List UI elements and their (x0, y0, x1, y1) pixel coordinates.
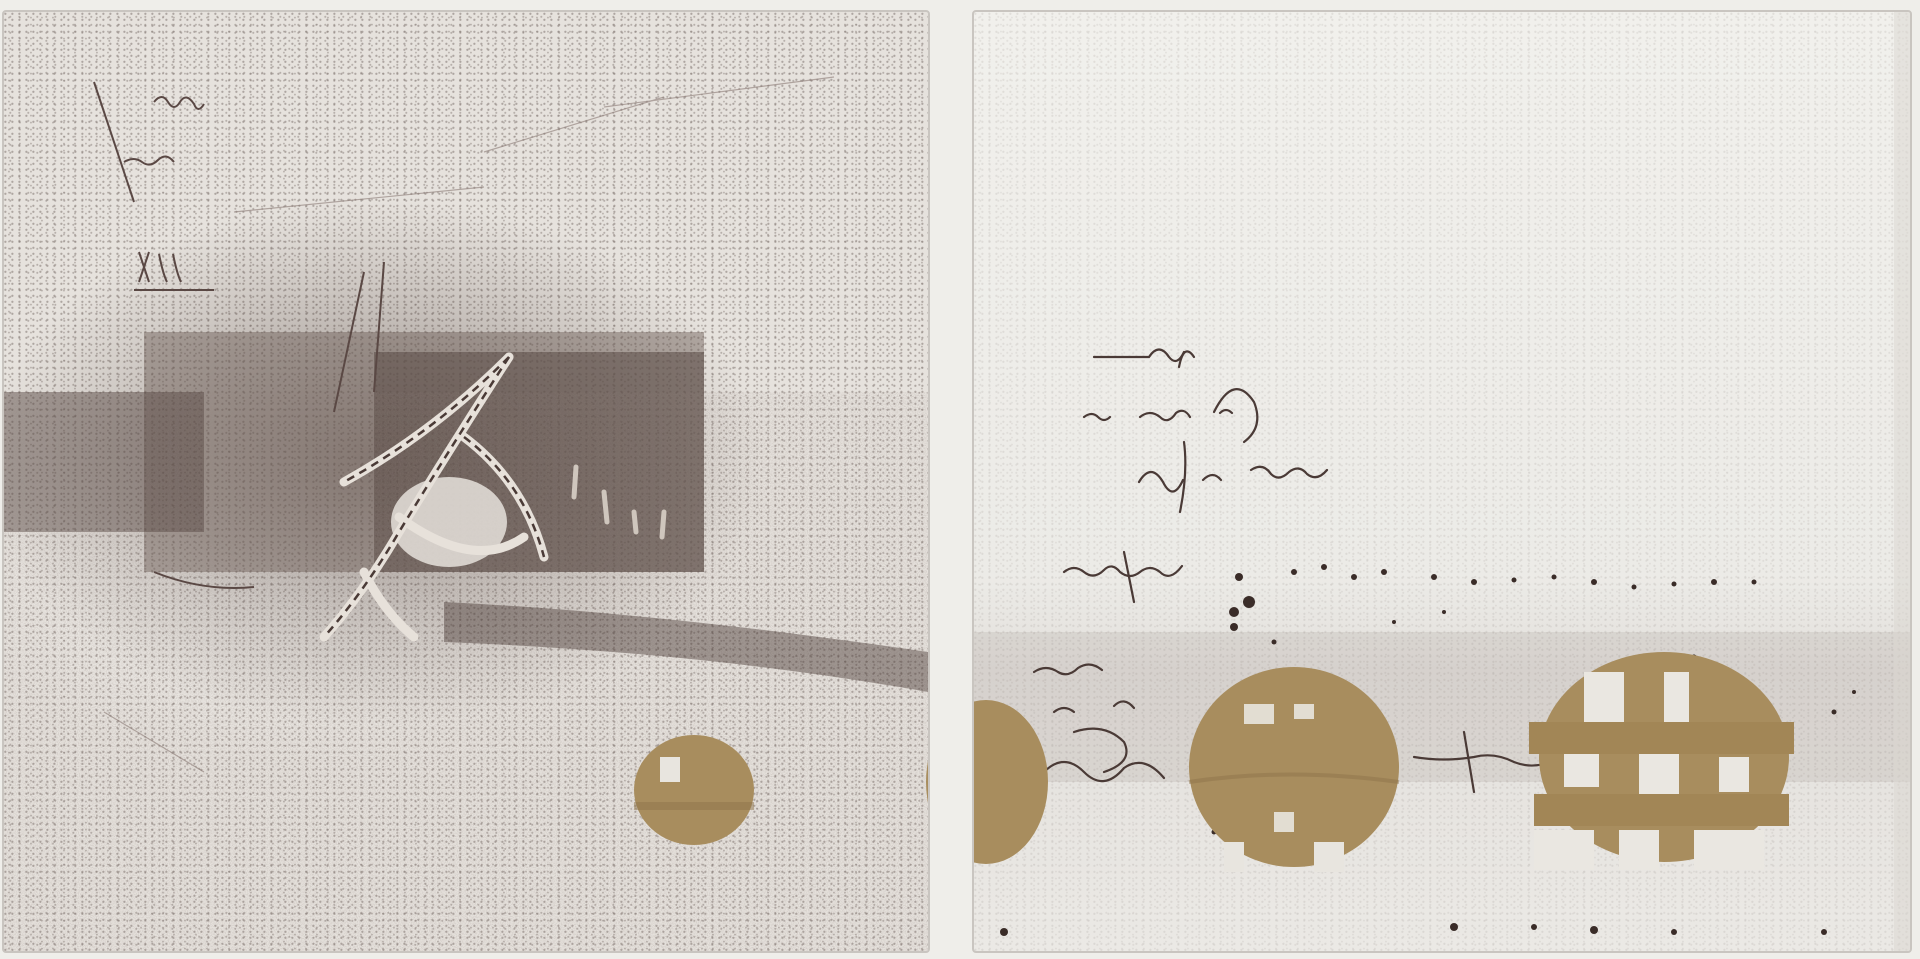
gold-circle-medium (1189, 667, 1399, 872)
gold-arch-shape (634, 735, 754, 845)
right-plate-artwork (974, 12, 1910, 953)
right-etching-plate (972, 10, 1912, 953)
left-etching-plate (2, 10, 930, 953)
left-plate-artwork (4, 12, 928, 953)
